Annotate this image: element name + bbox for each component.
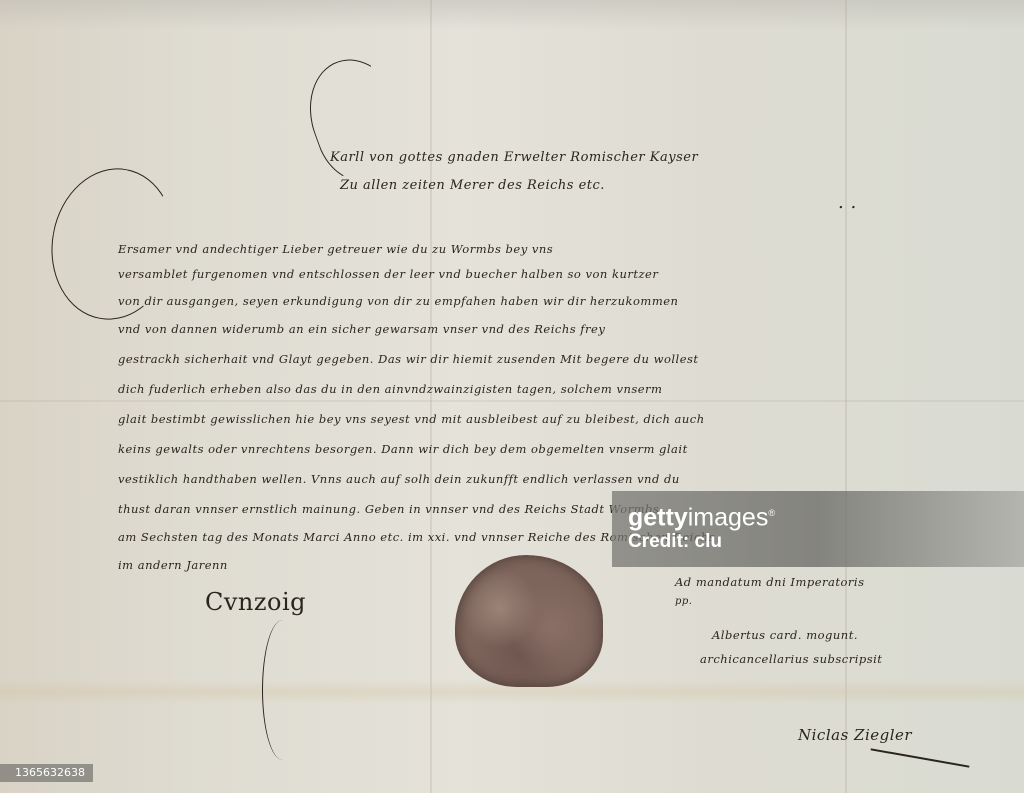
registered-mark: ® [768,508,775,518]
heading-line-1: Karll von gottes gnaden Erwelter Romisch… [330,150,698,165]
signature-right: Niclas Ziegler [798,726,912,744]
body-line: dich fuderlich erheben also das du in de… [118,382,958,396]
subscription-line: Ad mandatum dni Imperatoris [675,575,865,589]
body-line: glait bestimbt gewisslichen hie bey vns … [118,412,958,426]
fold-line-horizontal [0,400,1024,402]
subscription-line: Albertus card. mogunt. [712,628,858,642]
body-line: vnd von dannen widerumb an ein sicher ge… [118,322,958,336]
image-id-badge: 1365632638 [0,764,93,782]
subscription-line: archicancellarius subscripsit [700,652,882,666]
wax-seal [455,555,603,687]
subscription-line: pp. [675,596,692,607]
body-line: keins gewalts oder vnrechtens besorgen. … [118,442,958,456]
body-line: von dir ausgangen, seyen erkundigung von… [118,294,958,308]
getty-watermark: gettyimages® Credit: clu [612,491,1024,567]
punctuation-dots: . . [838,192,857,213]
fold-line-vertical [430,0,432,793]
signature-flourish [262,620,303,760]
body-line: versamblet furgenomen vnd entschlossen d… [118,267,958,281]
fold-line-vertical [845,0,847,793]
heading-line-2: Zu allen zeiten Merer des Reichs etc. [340,178,605,193]
body-line: Ersamer vnd andechtiger Lieber getreuer … [118,242,958,256]
signature-left: Cvnzoig [205,588,306,616]
watermark-brand: gettyimages® [628,499,775,531]
watermark-brand-bold: getty [628,503,688,531]
watermark-credit: Credit: clu [628,531,722,553]
body-line: gestrackh sicherhait vnd Glayt gegeben. … [118,352,958,366]
watermark-brand-light: images [688,503,769,531]
body-line: vestiklich handthaben wellen. Vnns auch … [118,472,958,486]
